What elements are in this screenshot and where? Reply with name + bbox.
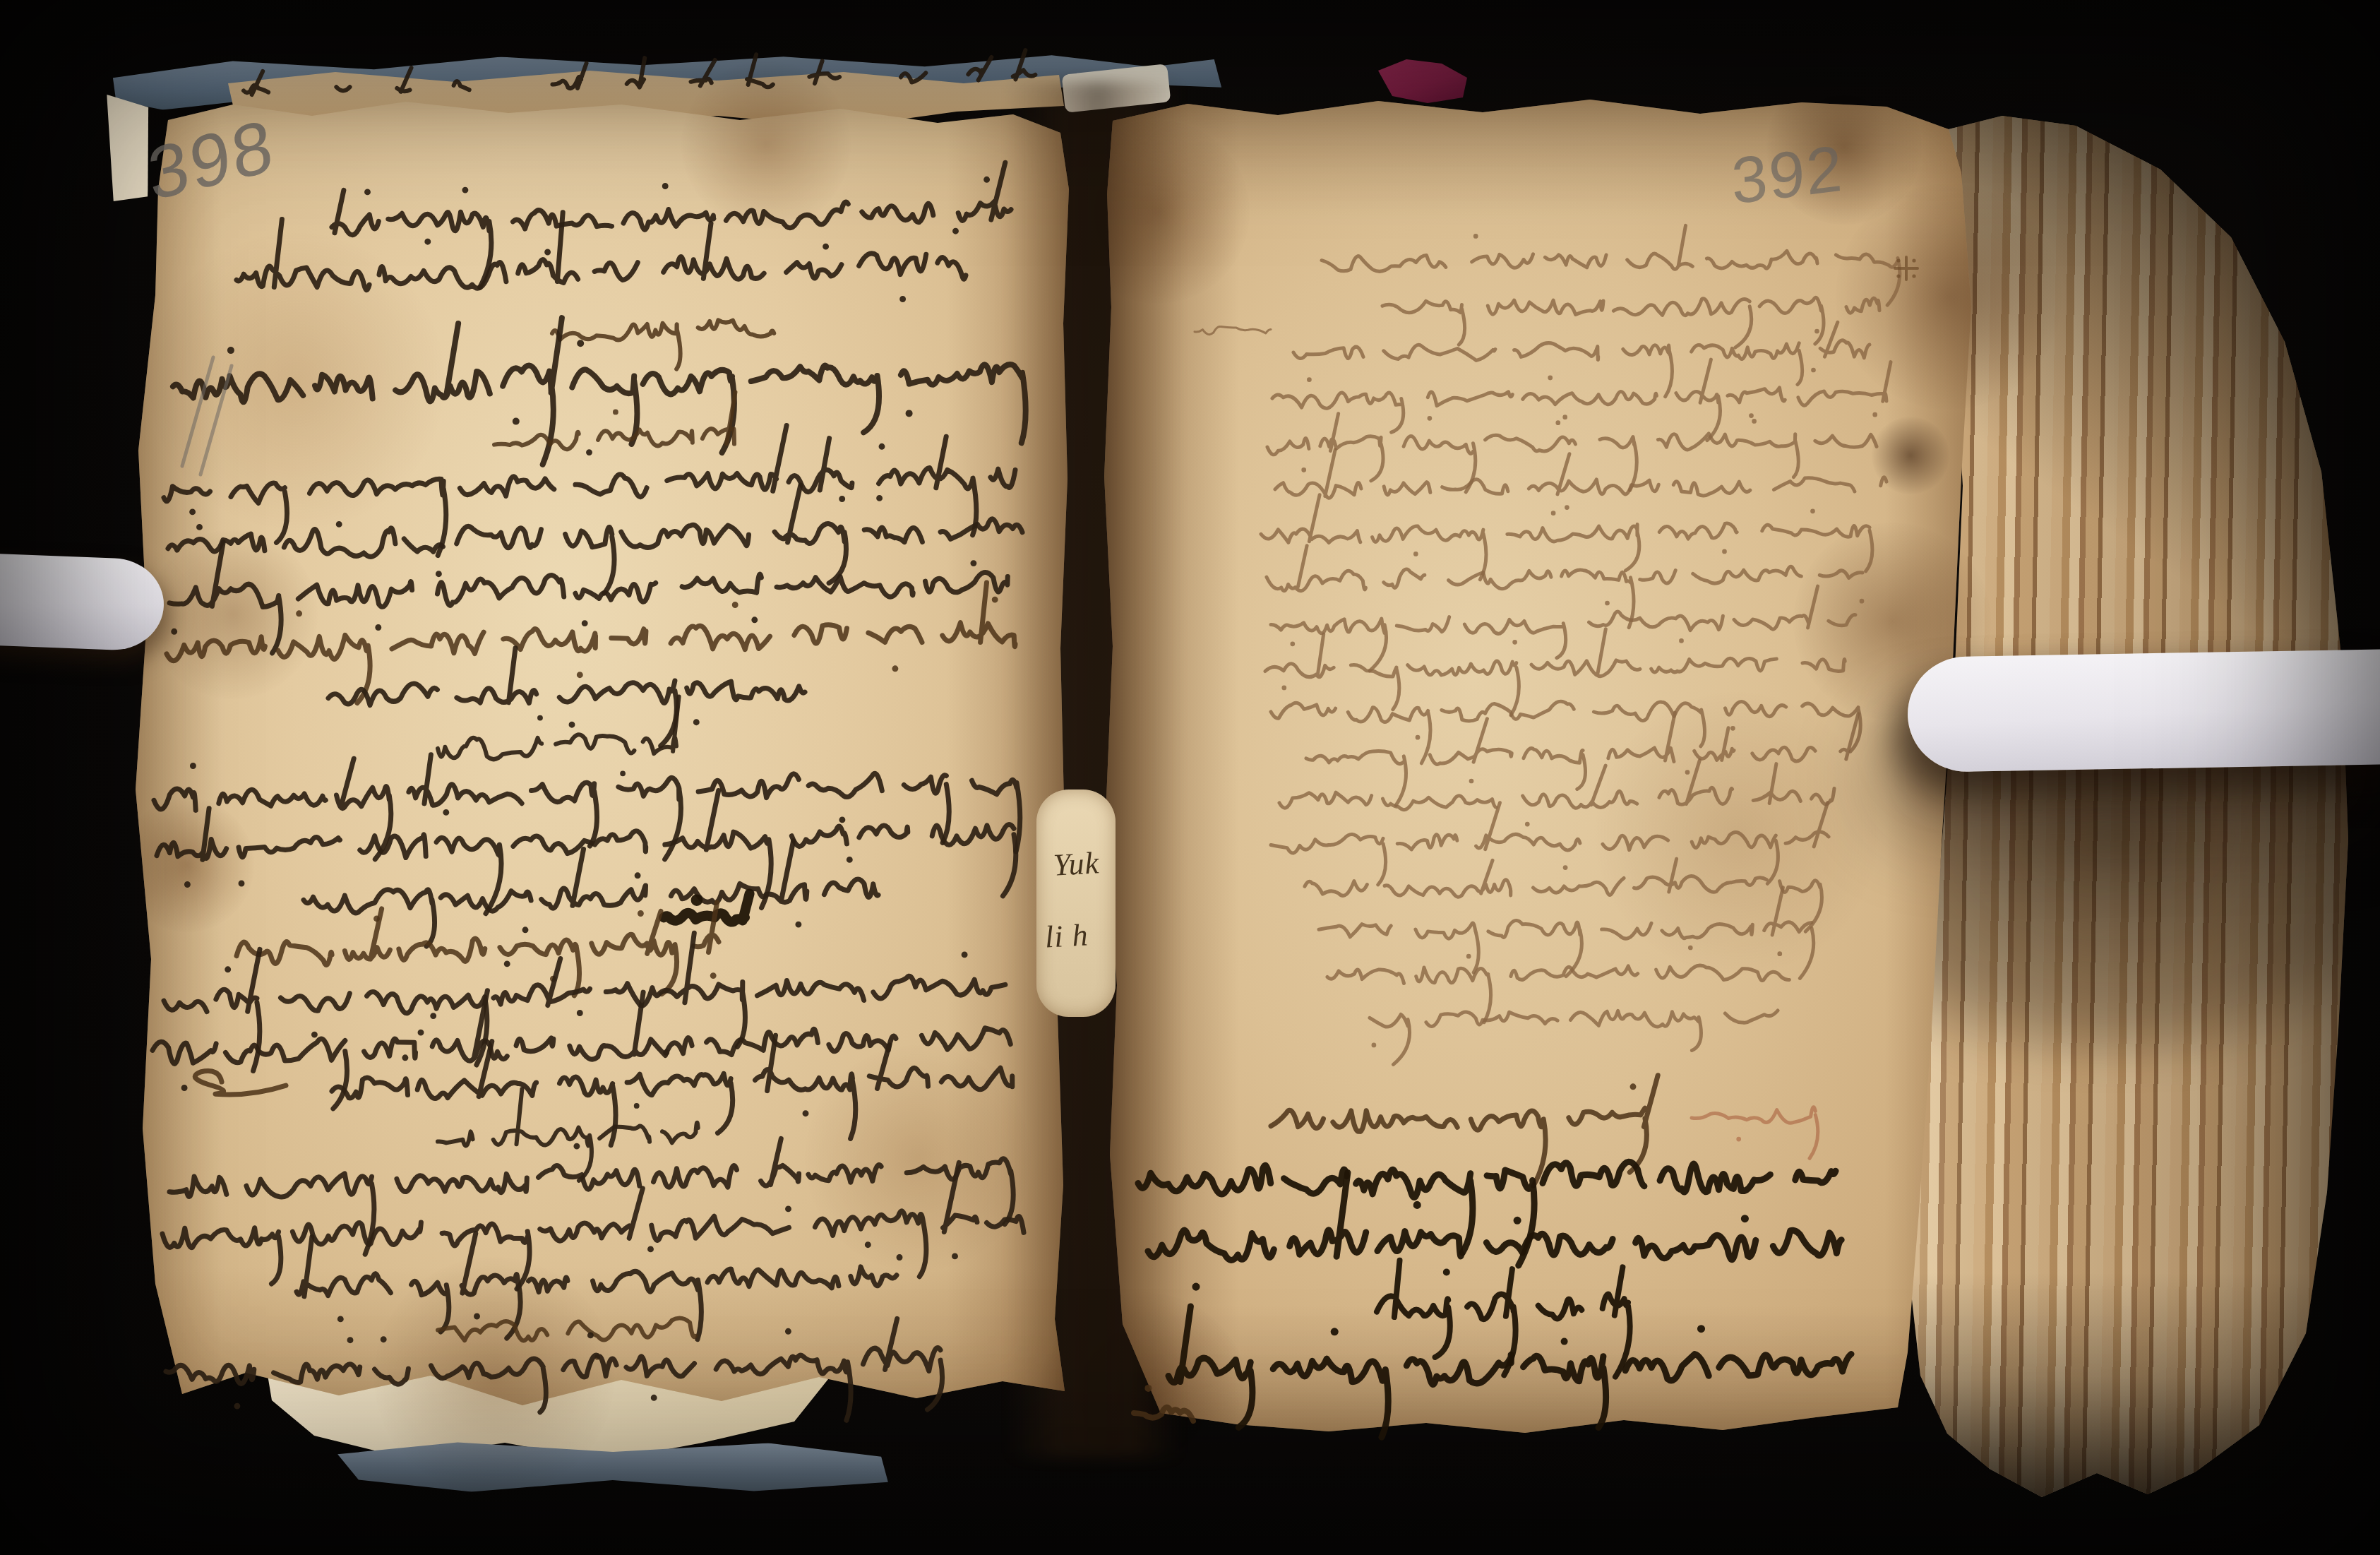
ink-stroke <box>332 162 1011 287</box>
ink-stroke <box>195 1071 286 1095</box>
ink-stroke <box>169 542 1007 653</box>
ink-stroke <box>691 894 703 906</box>
ink-stroke <box>634 1103 640 1109</box>
ink-stroke <box>1525 770 1690 826</box>
ink-stroke <box>569 719 700 727</box>
ink-stroke <box>297 1234 897 1340</box>
left-book-snake-strip <box>0 553 165 652</box>
ink-stroke <box>1736 1137 1741 1142</box>
ink-stroke <box>1370 1011 1778 1064</box>
ink-stroke <box>1514 1215 1749 1225</box>
ink-stroke <box>1267 546 1862 628</box>
ink-stroke <box>1271 803 1829 885</box>
ink-stroke <box>234 1328 791 1410</box>
ink-stroke <box>1307 376 1553 382</box>
ink-stroke <box>1271 701 1860 763</box>
ink-stroke <box>438 1089 698 1181</box>
ink-stroke <box>438 1318 695 1341</box>
handwritten-ink-text <box>0 0 2380 1555</box>
ink-stroke <box>1319 888 1814 979</box>
ink-stroke <box>189 495 976 577</box>
ink-stroke <box>1305 859 1822 931</box>
ink-stroke <box>1814 329 1819 334</box>
ink-stroke <box>173 318 1026 465</box>
ink-stroke <box>1144 1385 1152 1392</box>
ink-stroke <box>304 841 878 946</box>
ink-stroke <box>1271 586 1855 671</box>
ink-stroke <box>225 951 967 1037</box>
ink-stroke <box>332 1035 1012 1145</box>
ink-stroke <box>1551 508 1815 516</box>
ink-stroke <box>1290 638 1683 646</box>
page-number-right: 392 <box>1730 131 1846 220</box>
ink-stroke <box>1466 951 1782 958</box>
ink-stroke <box>1168 1306 1851 1437</box>
ink-stroke <box>164 933 1005 1071</box>
gutter-slip-text-line1: Yuk <box>1053 845 1101 883</box>
ink-stroke <box>438 697 679 760</box>
ink-stroke <box>613 410 618 415</box>
ink-stroke <box>1565 505 1569 510</box>
ink-stroke <box>1692 1107 1818 1159</box>
ink-stroke <box>1382 297 1879 347</box>
right-book-snake-strip <box>1907 649 2380 773</box>
ink-stroke <box>1293 322 1870 396</box>
gutter-slip-text-line2: li h <box>1044 917 1089 955</box>
ink-stroke <box>1473 234 1478 239</box>
ink-stroke <box>166 1318 943 1420</box>
ink-stroke <box>244 50 1035 95</box>
ink-stroke <box>1322 225 1900 305</box>
ink-stroke <box>664 894 750 922</box>
ink-stroke <box>1267 414 1877 492</box>
ink-stroke <box>168 485 1022 593</box>
ink-stroke <box>1630 1083 1637 1090</box>
ink-stroke <box>1138 1162 1836 1265</box>
ink-stroke <box>1195 326 1271 334</box>
ink-stroke <box>1688 946 1693 951</box>
ink-stroke <box>552 320 774 369</box>
ink-stroke <box>537 715 626 777</box>
ink-stroke <box>1563 865 1568 870</box>
ink-stroke <box>1372 1043 1377 1048</box>
ink-stroke <box>494 392 736 449</box>
ink-stroke <box>1272 359 1891 440</box>
ink-stroke <box>1306 713 1858 805</box>
ink-stroke <box>1555 368 1815 425</box>
ink-stroke <box>167 583 1015 703</box>
ink-stroke <box>1279 761 1834 810</box>
ink-stroke <box>1134 1407 1193 1421</box>
ink-stroke <box>1327 965 1789 1023</box>
black-felt-background: 398 392 Yuk li h <box>0 0 2380 1555</box>
ink-stroke <box>171 616 758 634</box>
ink-stroke <box>237 902 719 996</box>
ink-stroke <box>328 648 805 746</box>
